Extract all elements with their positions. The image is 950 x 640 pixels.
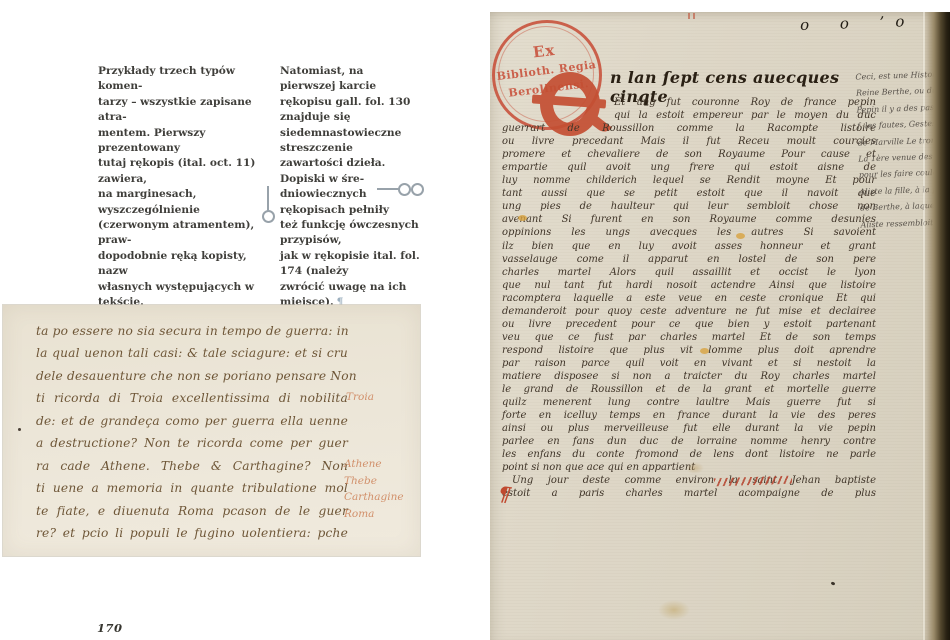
manuscript-line: charles martel Alors quil assaillit et o… (502, 266, 876, 279)
manuscript-line: re? et pcio li populi le fugino uolentie… (36, 522, 348, 544)
manuscript-line: luy nomme childerich lequel se Rendit mo… (502, 174, 876, 187)
manuscript-line: ta po essere no sia secura in tempo de g… (36, 320, 348, 342)
parchment-stain (658, 600, 690, 620)
manuscript-line: demanderoit pour quoy ceste adventure ne… (502, 305, 876, 318)
manuscript-line: ti ricorda di Troia excellentissima di n… (36, 387, 348, 409)
manuscript-line: a destructione? Non te ricorda come per … (36, 432, 348, 454)
manuscript-line: respond listoire que plus vit lomme plus… (502, 344, 876, 357)
lorgnette-icon (411, 183, 424, 196)
red-tick-mark (693, 13, 695, 19)
pin-callout-icon (267, 186, 269, 211)
ink-dot (18, 428, 21, 431)
manuscript-line: veu que ce fust par charles martel Et de… (502, 331, 876, 344)
manuscript-line: ou livre precedent pour ce que bien y es… (502, 318, 876, 331)
page-number: 170 (97, 621, 123, 635)
manuscript-line: forte en icelluy temps en france durant … (502, 409, 876, 422)
red-tick-mark (688, 13, 690, 19)
lorgnette-icon (377, 188, 400, 190)
manuscript-line: ainsi ou plus merveilleuse fut elle dura… (502, 422, 876, 435)
manuscript-line: ra cade Athene. Thebe & Carthagine? Non (36, 455, 348, 477)
manuscript-line: racomptera laquelle a este veue en ceste… (502, 292, 876, 305)
parchment-stain (686, 462, 704, 474)
manuscript-line: oppinions les ungs avecques les autres S… (502, 226, 876, 239)
red-paraph-mark: ¶ (496, 481, 512, 507)
manuscript-line: ou livre precedant Mais il fut Receu mou… (502, 135, 876, 148)
manuscript-line: avenant Si furent en son Royaume comme d… (502, 213, 876, 226)
lorgnette-icon (398, 183, 411, 196)
manuscript-line: vasselauge come il apparut en lostel de … (502, 253, 876, 266)
italic-manuscript-photo: ta po essere no sia secura in tempo de g… (3, 305, 420, 556)
red-marginal-notes: Athene Thebe Carthagine Roma (344, 456, 404, 522)
manuscript-line: ung pies de haulteur qui leur sembloit c… (502, 200, 876, 213)
manuscript-line: Ung jour deste comme environ la saint Je… (502, 474, 876, 487)
manuscript-line: empartie quil avoit ung frere qui estoit… (502, 161, 876, 174)
caption-column-1: Przykłady trzech typów komen- tarzy – ws… (98, 64, 266, 311)
ink-speck (831, 581, 836, 585)
manuscript-line: estoit a paris charles martel acompaigne… (502, 487, 876, 500)
manuscript-line: tant aussi que se petit estoit que il na… (502, 187, 876, 200)
manuscript-line: Et ung fut couronne Roy de france pepin (502, 96, 876, 109)
manuscript-line: te fiate, e diuenuta Roma pcason de le g… (36, 500, 348, 522)
gilt-highlight-dot (700, 348, 709, 354)
gothic-manuscript-text-block: Et ung fut couronne Roy de france pepinq… (502, 96, 876, 500)
manuscript-line: guerrart de Roussillon comme la Racompte… (502, 122, 876, 135)
manuscript-line: ilz bien que en luy avoit asses honneur … (502, 240, 876, 253)
gilt-highlight-dot (736, 233, 745, 239)
manuscript-line: matiere disposee si non a traicter du Ro… (502, 370, 876, 383)
manuscript-line: par raison parce quil voit en vivant et … (502, 357, 876, 370)
manuscript-line: les enfans du conte fromond de lens dont… (502, 448, 876, 461)
manuscript-line: qui la estoit empereur par le moyen du d… (502, 109, 876, 122)
manuscript-line: quilz menerent lung contre laultre Mais … (502, 396, 876, 409)
manuscript-line: la qual uenon tali casi: & tale sciagure… (36, 342, 348, 364)
manuscript-line: promere et chevaliere de son Royaume Pou… (502, 148, 876, 161)
folio-marks: o o ’o (800, 12, 916, 34)
manuscript-line: parlee en fans dun duc de lorraine nomme… (502, 435, 876, 448)
manuscript-line: le grand de Roussillon et de la grant et… (502, 383, 876, 396)
gothic-manuscript-photo: o o ’o Ex Biblioth. Regia Berolinensi. n… (490, 12, 950, 640)
red-marginal-note: Troia (346, 391, 374, 403)
italic-manuscript-text-block: ta po essere no sia secura in tempo de g… (36, 320, 348, 545)
book-page-spread: Przykłady trzech typów komen- tarzy – ws… (0, 0, 950, 640)
page-edge-highlight (923, 12, 925, 640)
pin-callout-icon (262, 210, 275, 223)
gilt-highlight-dot (518, 215, 527, 221)
book-edge (922, 12, 950, 640)
manuscript-line: ti uene a memoria in quante tribulatione… (36, 477, 348, 499)
manuscript-line: dele desauenture che non se poriano pens… (36, 365, 348, 387)
manuscript-line: que nul tant fut hardi nosoit actendre A… (502, 279, 876, 292)
manuscript-line: de: et de grandeça como per guerra ella … (36, 410, 348, 432)
